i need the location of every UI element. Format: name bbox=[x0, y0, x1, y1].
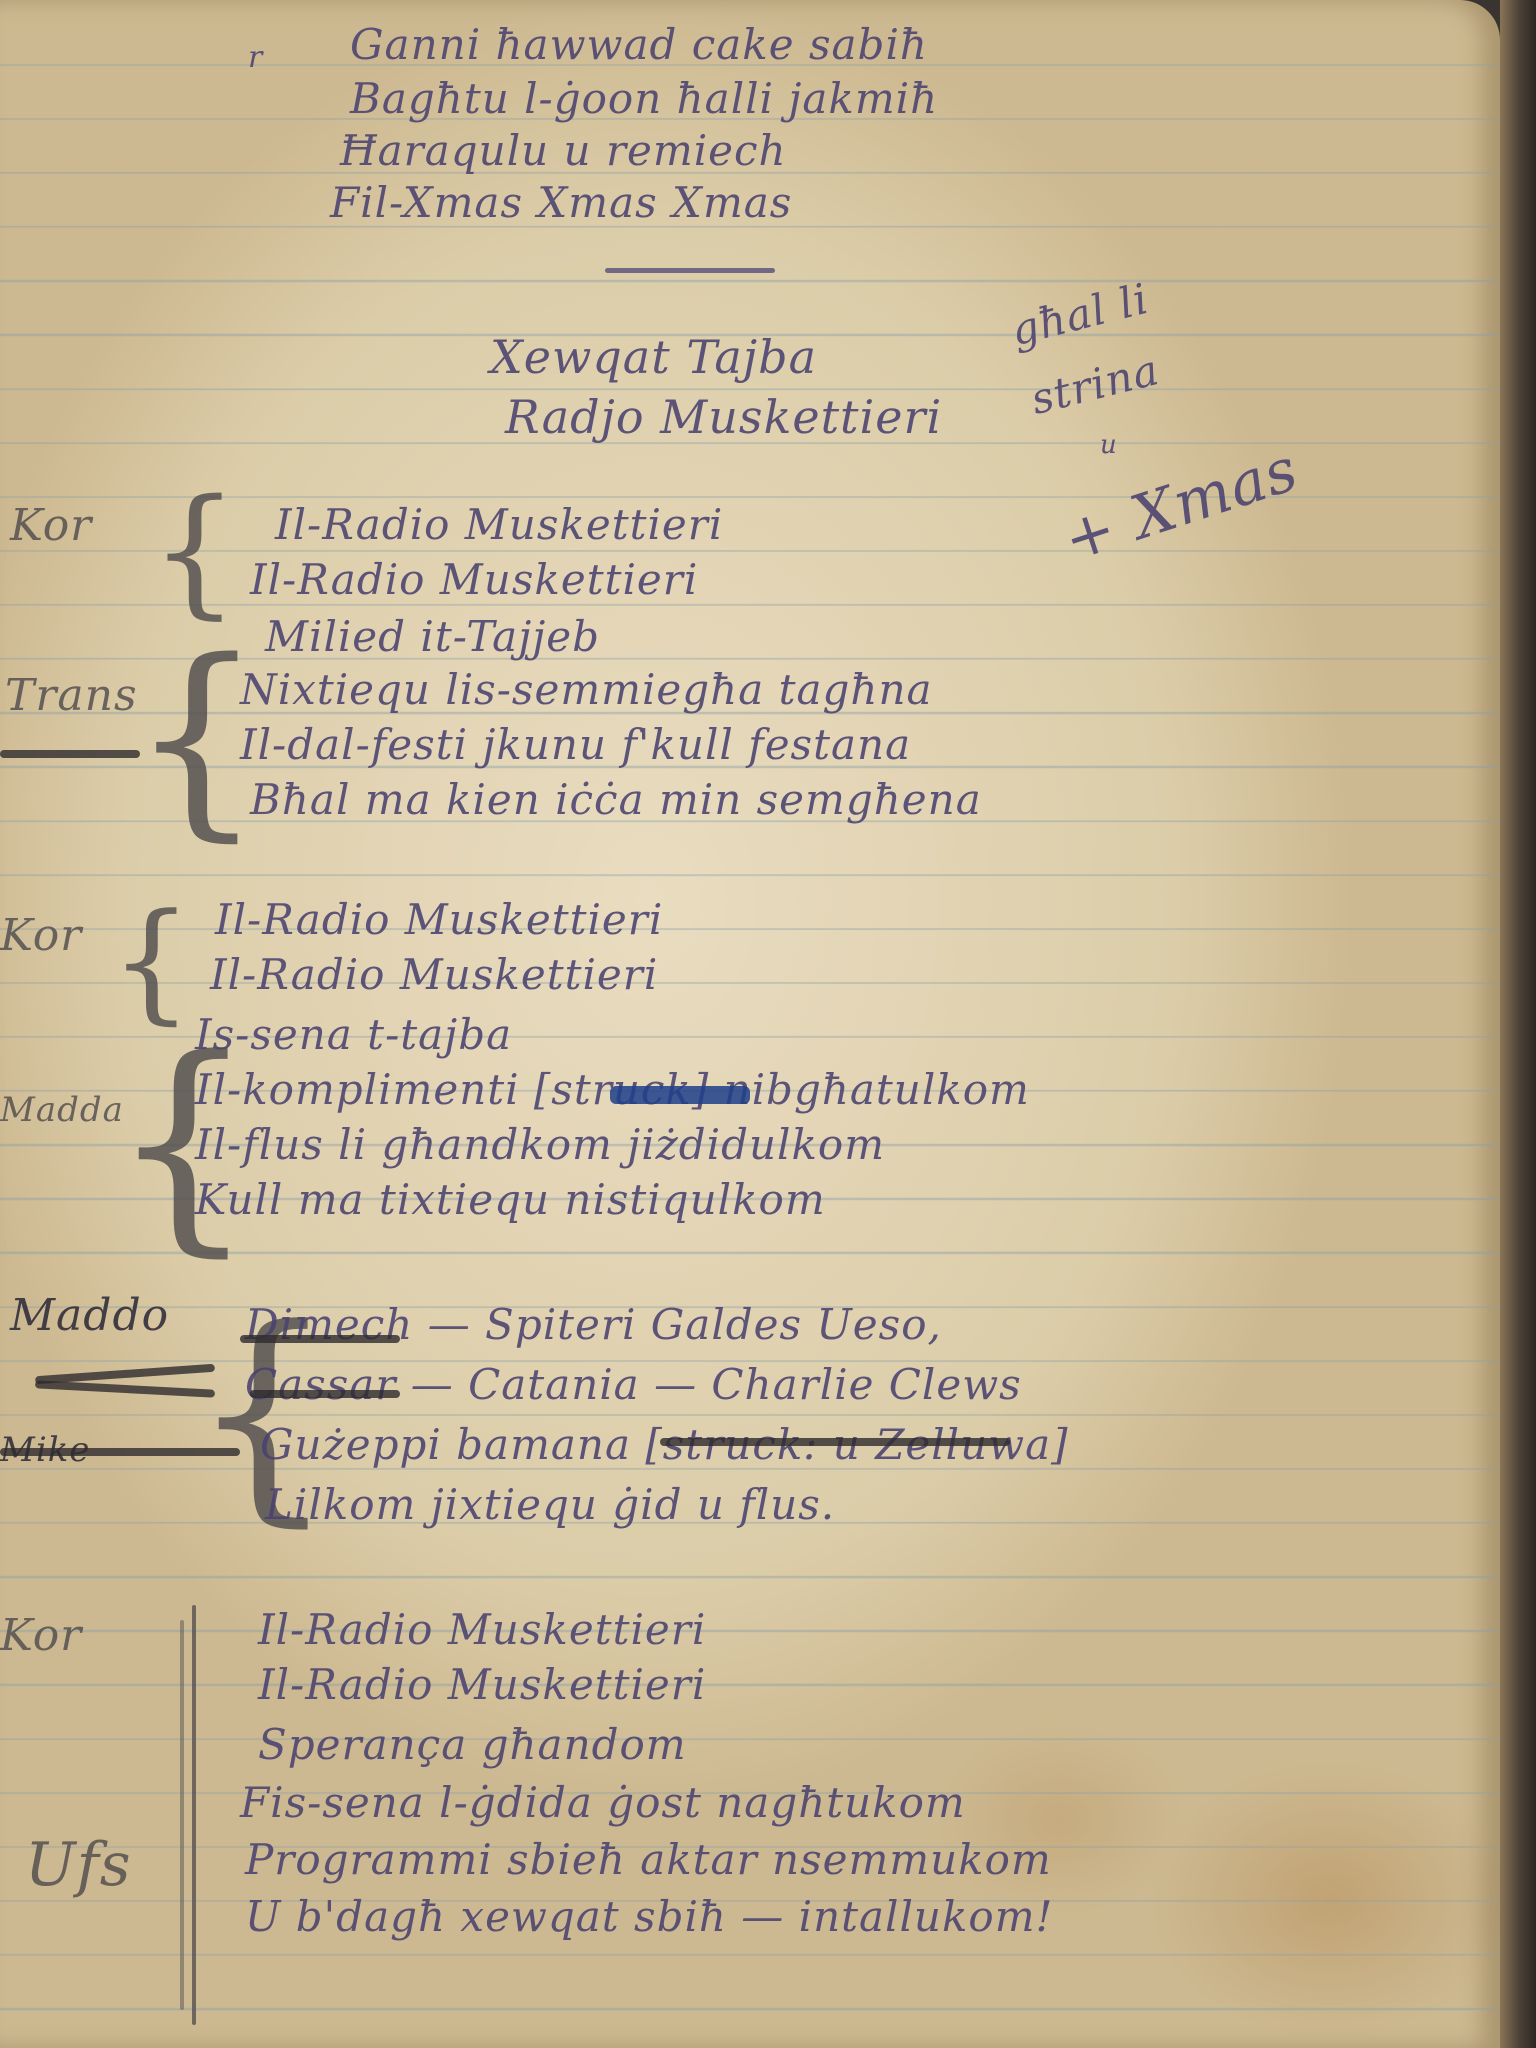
stanza-line: Ganni ħawwad cake sabiħ bbox=[350, 20, 928, 69]
lyric-line: Il-Radio Muskettieri bbox=[215, 895, 663, 944]
bracket-line bbox=[180, 1620, 184, 2010]
lyric-line: Is-sena t-tajba bbox=[195, 1010, 512, 1059]
lyric-line: Il-Radio Muskettieri bbox=[210, 950, 658, 999]
lyric-line: Il-Radio Muskettieri bbox=[258, 1605, 706, 1654]
section-label: Kor bbox=[0, 1610, 82, 1661]
bracket-line bbox=[192, 1605, 196, 2025]
lyric-line: Nixtiequ lis-semmiegħa tagħna bbox=[240, 665, 933, 714]
lyric-line: Milied it-Tajjeb bbox=[265, 612, 600, 661]
margin-note: għal li bbox=[1006, 274, 1153, 355]
lyric-line: Il-Radio Muskettieri bbox=[250, 555, 698, 604]
margin-note: + Xmas bbox=[1055, 434, 1306, 575]
section-label: Kor bbox=[0, 910, 82, 961]
lyric-line: Il-flus li għandkom jiżdidulkom bbox=[195, 1120, 885, 1169]
brace-icon: { bbox=[150, 470, 239, 633]
lyric-line: Kull ma tixtiequ nistiqulkom bbox=[195, 1175, 826, 1224]
margin-note: strina bbox=[1026, 345, 1164, 424]
stanza-line: Fil-Xmas Xmas Xmas bbox=[330, 178, 792, 227]
pencil-strikethrough bbox=[660, 1438, 1010, 1446]
lyric-line: Programmi sbieħ aktar nsemmukom bbox=[245, 1835, 1052, 1884]
section-divider bbox=[605, 268, 775, 273]
pencil-strikethrough bbox=[35, 1380, 215, 1397]
stanza-line: Bagħtu l-ġoon ħalli jakmiħ bbox=[350, 74, 938, 123]
margin-mark: r bbox=[248, 40, 263, 75]
notebook-binding bbox=[1500, 0, 1536, 2048]
correction-strikethrough bbox=[610, 1086, 750, 1104]
notebook-page: r Ganni ħawwad cake sabiħ Bagħtu l-ġoon … bbox=[0, 0, 1500, 2048]
section-label: Madda bbox=[0, 1090, 124, 1130]
pencil-strikethrough bbox=[250, 1390, 400, 1398]
page-title: Xewqat Tajba bbox=[490, 330, 817, 384]
lyric-line: Cassar — Catania — Charlie Clews bbox=[245, 1360, 1022, 1409]
margin-note: u bbox=[1100, 430, 1118, 460]
lyric-line: Il-dal-festi jkunu f'kull festana bbox=[240, 720, 911, 769]
page-subtitle: Radjo Muskettieri bbox=[505, 390, 942, 444]
pencil-strikethrough bbox=[240, 1335, 400, 1343]
section-label: Kor bbox=[10, 500, 92, 551]
lyric-line: Il-Radio Muskettieri bbox=[258, 1660, 706, 1709]
lyric-line: Fis-sena l-ġdida ġost nagħtukom bbox=[240, 1778, 966, 1827]
section-label: Trans bbox=[5, 670, 138, 721]
lyric-line: Sperança għandom bbox=[258, 1720, 687, 1769]
stanza-line: Ħaraqulu u remiech bbox=[340, 126, 787, 175]
lyric-line: Bħal ma kien iċċa min semgħena bbox=[250, 775, 982, 824]
pencil-underline bbox=[0, 750, 140, 758]
lyric-line: Lilkom jixtiequ ġid u flus. bbox=[265, 1480, 835, 1529]
lyric-line: U b'dagħ xewqat sbiħ — intallukom! bbox=[245, 1892, 1053, 1941]
section-label: Ufs bbox=[25, 1830, 132, 1900]
section-label: Maddo bbox=[10, 1290, 169, 1341]
lyric-line: Il-Radio Muskettieri bbox=[275, 500, 723, 549]
